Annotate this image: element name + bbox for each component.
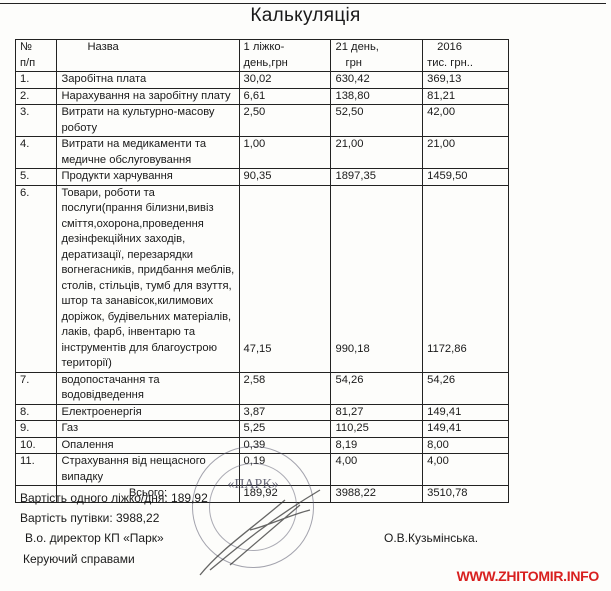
row-21-days: 1897,35 <box>331 169 423 186</box>
table-row: 8.Електроенергія3,8781,27149,41 <box>16 404 509 421</box>
director-title: В.о. директор КП «Парк» <box>25 531 164 545</box>
bed-day-cost: Вартість одного ліжко/дня: 189,92 <box>20 491 208 505</box>
row-per-day: 1,00 <box>239 137 331 169</box>
table-row: 3.Витрати на культурно-масову роботу2,50… <box>16 105 509 137</box>
table-row: 5.Продукти харчування90,351897,351459,50 <box>16 169 509 186</box>
row-2016: 1459,50 <box>423 169 509 186</box>
total-2016: 3510,78 <box>423 486 509 503</box>
row-per-day: 6,61 <box>239 88 331 105</box>
row-2016: 21,00 <box>423 137 509 169</box>
table-row: 4.Витрати на медикаменти та медичне обсл… <box>16 137 509 169</box>
row-name: Заробітна плата <box>57 72 239 89</box>
total-21-days: 3988,22 <box>331 486 423 503</box>
header-21-days: 21 день,грн <box>331 40 423 72</box>
row-number: 8. <box>16 404 57 421</box>
row-number: 2. <box>16 88 57 105</box>
row-name: Опалення <box>57 437 239 454</box>
row-2016: 8,00 <box>423 437 509 454</box>
header-2016: 2016тис. грн.. <box>423 40 509 72</box>
row-21-days: 110,25 <box>331 421 423 438</box>
row-per-day: 2,58 <box>239 372 331 404</box>
row-name: Витрати на медикаменти та медичне обслуг… <box>57 137 239 169</box>
row-21-days: 21,00 <box>331 137 423 169</box>
row-2016: 4,00 <box>423 454 509 486</box>
row-2016: 149,41 <box>423 421 509 438</box>
row-2016: 42,00 <box>423 105 509 137</box>
table-header-row: №п/п Назва 1 ліжко-день,грн 21 день,грн … <box>16 40 509 72</box>
row-number: 5. <box>16 169 57 186</box>
row-2016: 1172,86 <box>423 185 509 372</box>
handwritten-signature <box>190 470 340 580</box>
row-21-days: 138,80 <box>331 88 423 105</box>
manager-title: Керуючий справами <box>23 552 135 566</box>
row-21-days: 8,19 <box>331 437 423 454</box>
row-21-days: 630,42 <box>331 72 423 89</box>
row-number: 4. <box>16 137 57 169</box>
table-row: 7.водопостачання та водовідведення2,5854… <box>16 372 509 404</box>
row-name: Витрати на культурно-масову роботу <box>57 105 239 137</box>
table-row: 2.Нарахування на заробітну плату6,61138,… <box>16 88 509 105</box>
row-name: Електроенергія <box>57 404 239 421</box>
row-2016: 81,21 <box>423 88 509 105</box>
row-name: Товари, роботи та послуги(прання білизни… <box>57 185 239 372</box>
row-2016: 54,26 <box>423 372 509 404</box>
row-number: 3. <box>16 105 57 137</box>
header-num: №п/п <box>16 40 57 72</box>
row-21-days: 81,27 <box>331 404 423 421</box>
row-per-day: 3,87 <box>239 404 331 421</box>
table-row: 1.Заробітна плата30,02630,42369,13 <box>16 72 509 89</box>
row-per-day: 30,02 <box>239 72 331 89</box>
row-21-days: 990,18 <box>331 185 423 372</box>
row-name: Газ <box>57 421 239 438</box>
row-name: водопостачання та водовідведення <box>57 372 239 404</box>
row-number: 7. <box>16 372 57 404</box>
row-number: 10. <box>16 437 57 454</box>
table-row: 9.Газ5,25110,25149,41 <box>16 421 509 438</box>
row-per-day: 90,35 <box>239 169 331 186</box>
row-21-days: 54,26 <box>331 372 423 404</box>
row-number: 6. <box>16 185 57 372</box>
header-per-day: 1 ліжко-день,грн <box>239 40 331 72</box>
document-title: Калькуляція <box>0 5 611 27</box>
header-name: Назва <box>57 40 239 72</box>
row-number: 9. <box>16 421 57 438</box>
row-21-days: 4,00 <box>331 454 423 486</box>
row-2016: 149,41 <box>423 404 509 421</box>
row-per-day: 47,15 <box>239 185 331 372</box>
row-21-days: 52,50 <box>331 105 423 137</box>
row-per-day: 2,50 <box>239 105 331 137</box>
voucher-cost: Вартість путівки: 3988,22 <box>20 511 159 525</box>
row-number: 1. <box>16 72 57 89</box>
top-border-line <box>0 0 606 4</box>
row-per-day: 5,25 <box>239 421 331 438</box>
row-2016: 369,13 <box>423 72 509 89</box>
row-name: Продукти харчування <box>57 169 239 186</box>
row-number: 11. <box>16 454 57 486</box>
site-watermark: WWW.ZHITOMIR.INFO <box>457 568 599 584</box>
signatory-name: О.В.Кузьмінська. <box>384 531 478 545</box>
row-name: Нарахування на заробітну плату <box>57 88 239 105</box>
calculation-table: №п/п Назва 1 ліжко-день,грн 21 день,грн … <box>15 39 509 503</box>
table-row: 6.Товари, роботи та послуги(прання білиз… <box>16 185 509 372</box>
